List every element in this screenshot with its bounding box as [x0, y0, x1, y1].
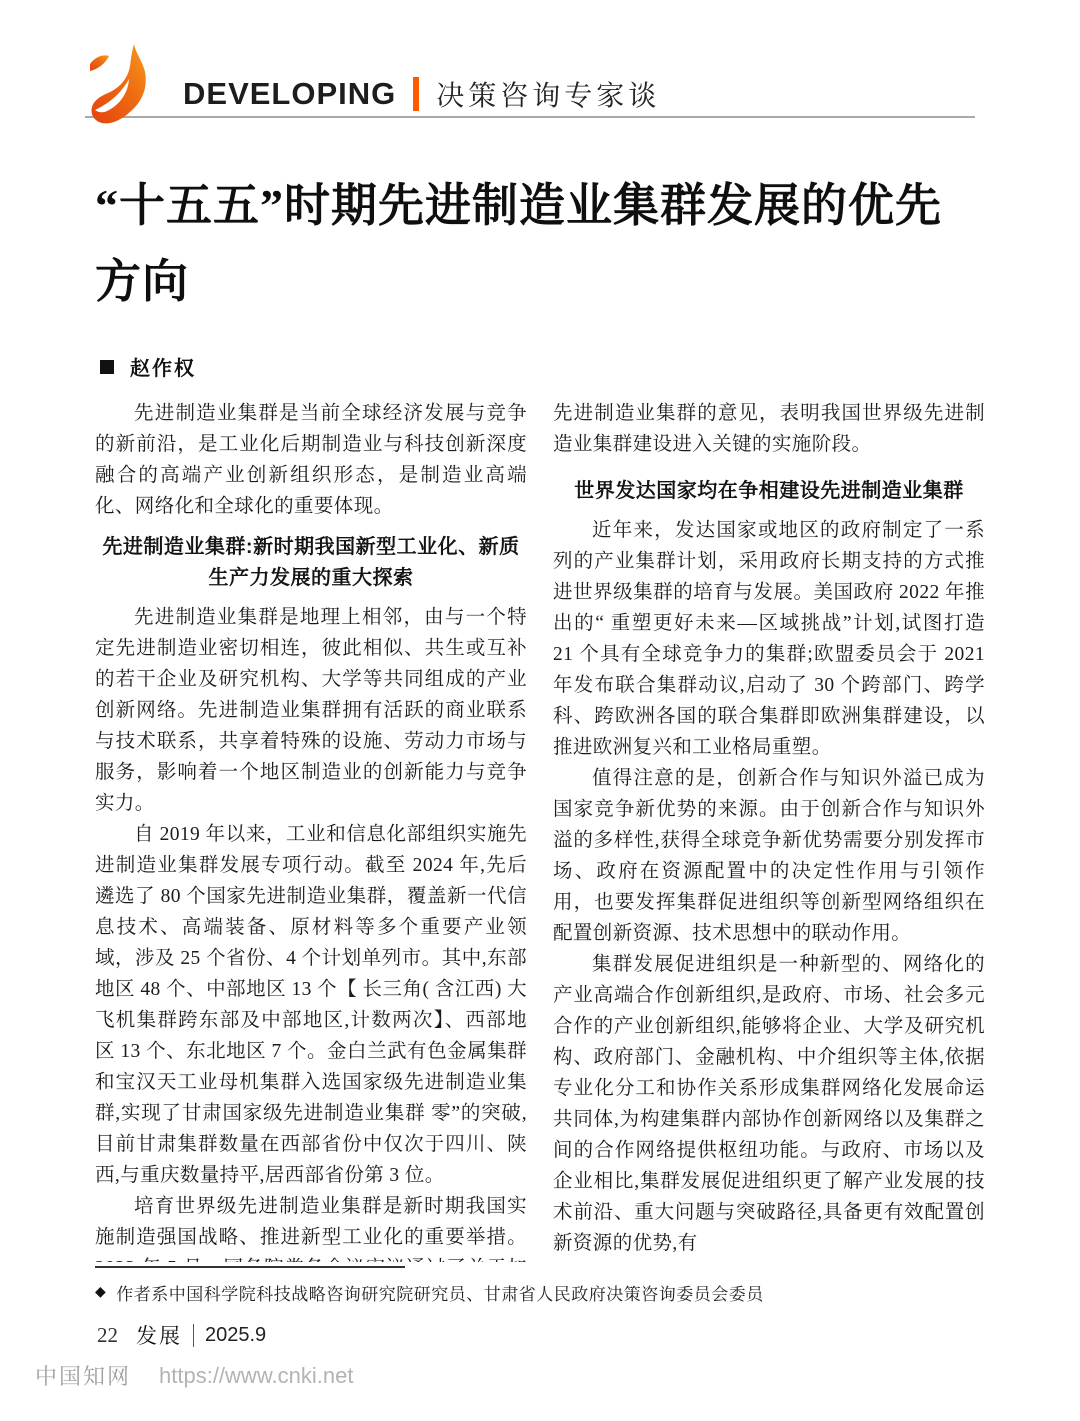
body-paragraph: 自 2019 年以来，工业和信息化部组织实施先进制造业集群发展专项行动。截至 2… [95, 819, 527, 1191]
watermark-url: https://www.cnki.net [159, 1363, 353, 1389]
cnki-watermark: 中国知网 https://www.cnki.net [35, 1360, 353, 1391]
footer-divider-bar [193, 1324, 194, 1347]
right-column: 先进制造业集群的意见，表明我国世界级先进制造业集群建设进入关键的实施阶段。 世界… [553, 398, 985, 1262]
body-paragraph: 培育世界级先进制造业集群是新时期我国实施制造强国战略、推进新型工业化的重要举措。… [95, 1191, 527, 1262]
page-footer: 22 发展 2025.9 [97, 1320, 266, 1350]
footnote-row: ◆ 作者系中国科学院科技战略咨询研究院研究员、甘肃省人民政府决策咨询委员会委员 [95, 1280, 985, 1305]
author-name: 赵作权 [130, 352, 196, 381]
body-paragraph: 先进制造业集群是地理上相邻，由与一个特定先进制造业密切相连，彼此相似、共生或互补… [95, 602, 527, 819]
body-paragraph: 值得注意的是，创新合作与知识外溢已成为国家竞争新优势的来源。由于创新合作与知识外… [553, 763, 985, 949]
continuation-paragraph: 先进制造业集群的意见，表明我国世界级先进制造业集群建设进入关键的实施阶段。 [553, 398, 985, 460]
author-marker-square-icon [100, 360, 114, 374]
phoenix-flame-logo-icon [88, 44, 152, 136]
intro-paragraph: 先进制造业集群是当前全球经济发展与竞争的新前沿，是工业化后期制造业与科技创新深度… [95, 398, 527, 522]
page-number: 22 [97, 1323, 118, 1348]
article-body: 先进制造业集群是当前全球经济发展与竞争的新前沿，是工业化后期制造业与科技创新深度… [95, 398, 985, 1262]
orange-divider-bar [413, 77, 419, 111]
journal-issue: 2025.9 [205, 1324, 266, 1347]
section-heading-2: 世界发达国家均在争相建设先进制造业集群 [553, 476, 985, 507]
header-brand-row: DEVELOPING 决策咨询专家谈 [183, 72, 660, 116]
header-divider-line [85, 116, 975, 118]
journal-page: DEVELOPING 决策咨询专家谈 “十五五”时期先进制造业集群发展的优先方向… [0, 0, 1080, 1421]
body-paragraph: 集群发展促进组织是一种新型的、网络化的产业高端合作创新组织,是政府、市场、社会多… [553, 949, 985, 1259]
footnote-text: 作者系中国科学院科技战略咨询研究院研究员、甘肃省人民政府决策咨询委员会委员 [116, 1280, 764, 1305]
journal-name: 发展 [136, 1320, 182, 1350]
diamond-marker-icon: ◆ [95, 1284, 106, 1301]
section-label: 决策咨询专家谈 [436, 74, 660, 114]
section-heading-1: 先进制造业集群:新时期我国新型工业化、新质生产力发展的重大探索 [95, 532, 527, 594]
author-row: 赵作权 [100, 352, 196, 381]
body-paragraph: 近年来，发达国家或地区的政府制定了一系列的产业集群计划，采用政府长期支持的方式推… [553, 515, 985, 763]
watermark-site-name: 中国知网 [35, 1360, 131, 1391]
brand-wordmark: DEVELOPING [183, 76, 396, 112]
footnote-divider-line [95, 1266, 405, 1268]
left-column: 先进制造业集群是当前全球经济发展与竞争的新前沿，是工业化后期制造业与科技创新深度… [95, 398, 527, 1262]
article-title: “十五五”时期先进制造业集群发展的优先方向 [95, 168, 951, 320]
